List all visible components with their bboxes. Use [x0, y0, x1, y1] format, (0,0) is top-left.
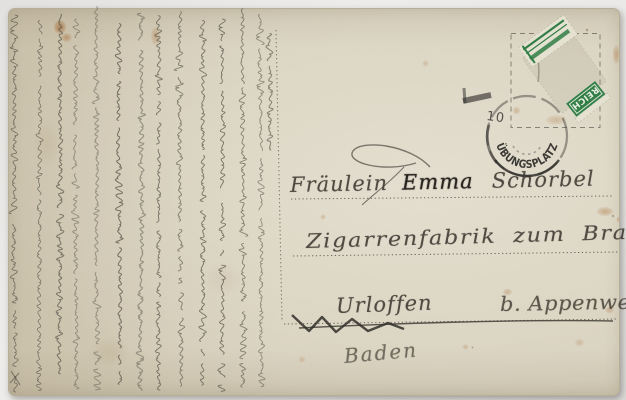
postcard-art: REICH 10 ÜBUNGSPLATZ	[0, 0, 626, 400]
paper-grain	[8, 8, 618, 394]
first-name: Emma	[402, 169, 474, 194]
photo-background: REICH 10 ÜBUNGSPLATZ FräuleinEmmaSchorbe…	[0, 0, 626, 400]
address-district: b. Appenweier	[500, 289, 626, 316]
salutation: Fräulein	[290, 171, 389, 197]
address-town: Urloffen	[336, 291, 433, 318]
surname: Schorbel	[491, 167, 594, 193]
